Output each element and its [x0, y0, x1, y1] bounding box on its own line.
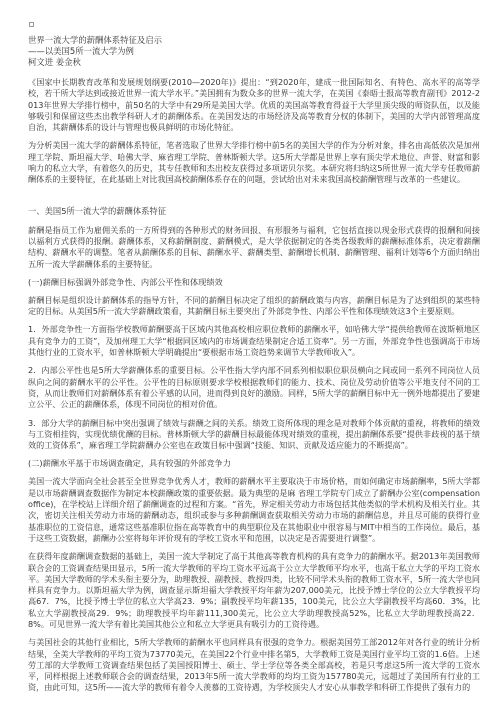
section-heading-1: 一、美国5所一流大学的薪酬体系特征 [28, 206, 480, 217]
sub1-paragraph: 2．内部公平性也是5所大学薪酬体系的重要目标。公平性指大学内部不同系列相似职位职… [28, 365, 480, 410]
sub1-paragraph: 3．部分大学的薪酬目标中突出强调了绩效与薪酬之间的关系。绩效工资所体现的理念是对… [28, 418, 480, 452]
document-subtitle: ——以美国5所一流大学为例 [28, 46, 480, 57]
sub1-paragraph: 1．外部竞争性一方面指学校教师薪酬要高于区域内其他高校相应职位教师的薪酬水平，如… [28, 324, 480, 358]
small-square-icon [29, 22, 34, 27]
section1-intro-paragraph: 薪酬是指员工作为雇佣关系的一方所得到的各种形式的财务回报、有形服务与福利，它包括… [28, 225, 480, 270]
sub2-paragraph: 与美国社会的其他行业相比，5所大学教师的薪酬水平也同样具有很强的竞争力。根据美国… [28, 637, 480, 693]
document-authors: 柯文进 姜金秋 [28, 57, 480, 68]
subsection-heading-2: (二)薪酬水平基于市场调查确定，具有较强的外部竞争力 [28, 458, 480, 469]
document-page: 世界一流大学的薪酬体系特征及启示 ——以美国5所一流大学为例 柯文进 姜金秋 《… [28, 22, 480, 701]
sub1-paragraph: 薪酬目标是组织设计薪酬体系的指导方针，不同的薪酬目标决定了组织的薪酬政策与内容，… [28, 295, 480, 318]
intro-paragraph-2: 为分析美国一流大学的薪酬体系特征，笔者选取了世界大学排行榜中前5名的美国大学的作… [28, 140, 480, 185]
subsection-heading-1: (一)薪酬目标强调外部竞争性、内部公平性和体现绩效 [28, 277, 480, 288]
document-title: 世界一流大学的薪酬体系特征及启示 [28, 35, 480, 46]
intro-paragraph-1: 《国家中长期教育改革和发展规划纲要(2010—2020年)》提出：“到2020年… [28, 77, 480, 133]
sub2-paragraph: 美国一流大学面向全社会甚至全世界竞争优秀人才，教师的薪酬水平主要取决于市场价格，… [28, 476, 480, 544]
sub2-paragraph: 在获得年度薪酬调查数据的基础上，美国一流大学制定了高于其他高等教育机构的具有竞争… [28, 551, 480, 630]
